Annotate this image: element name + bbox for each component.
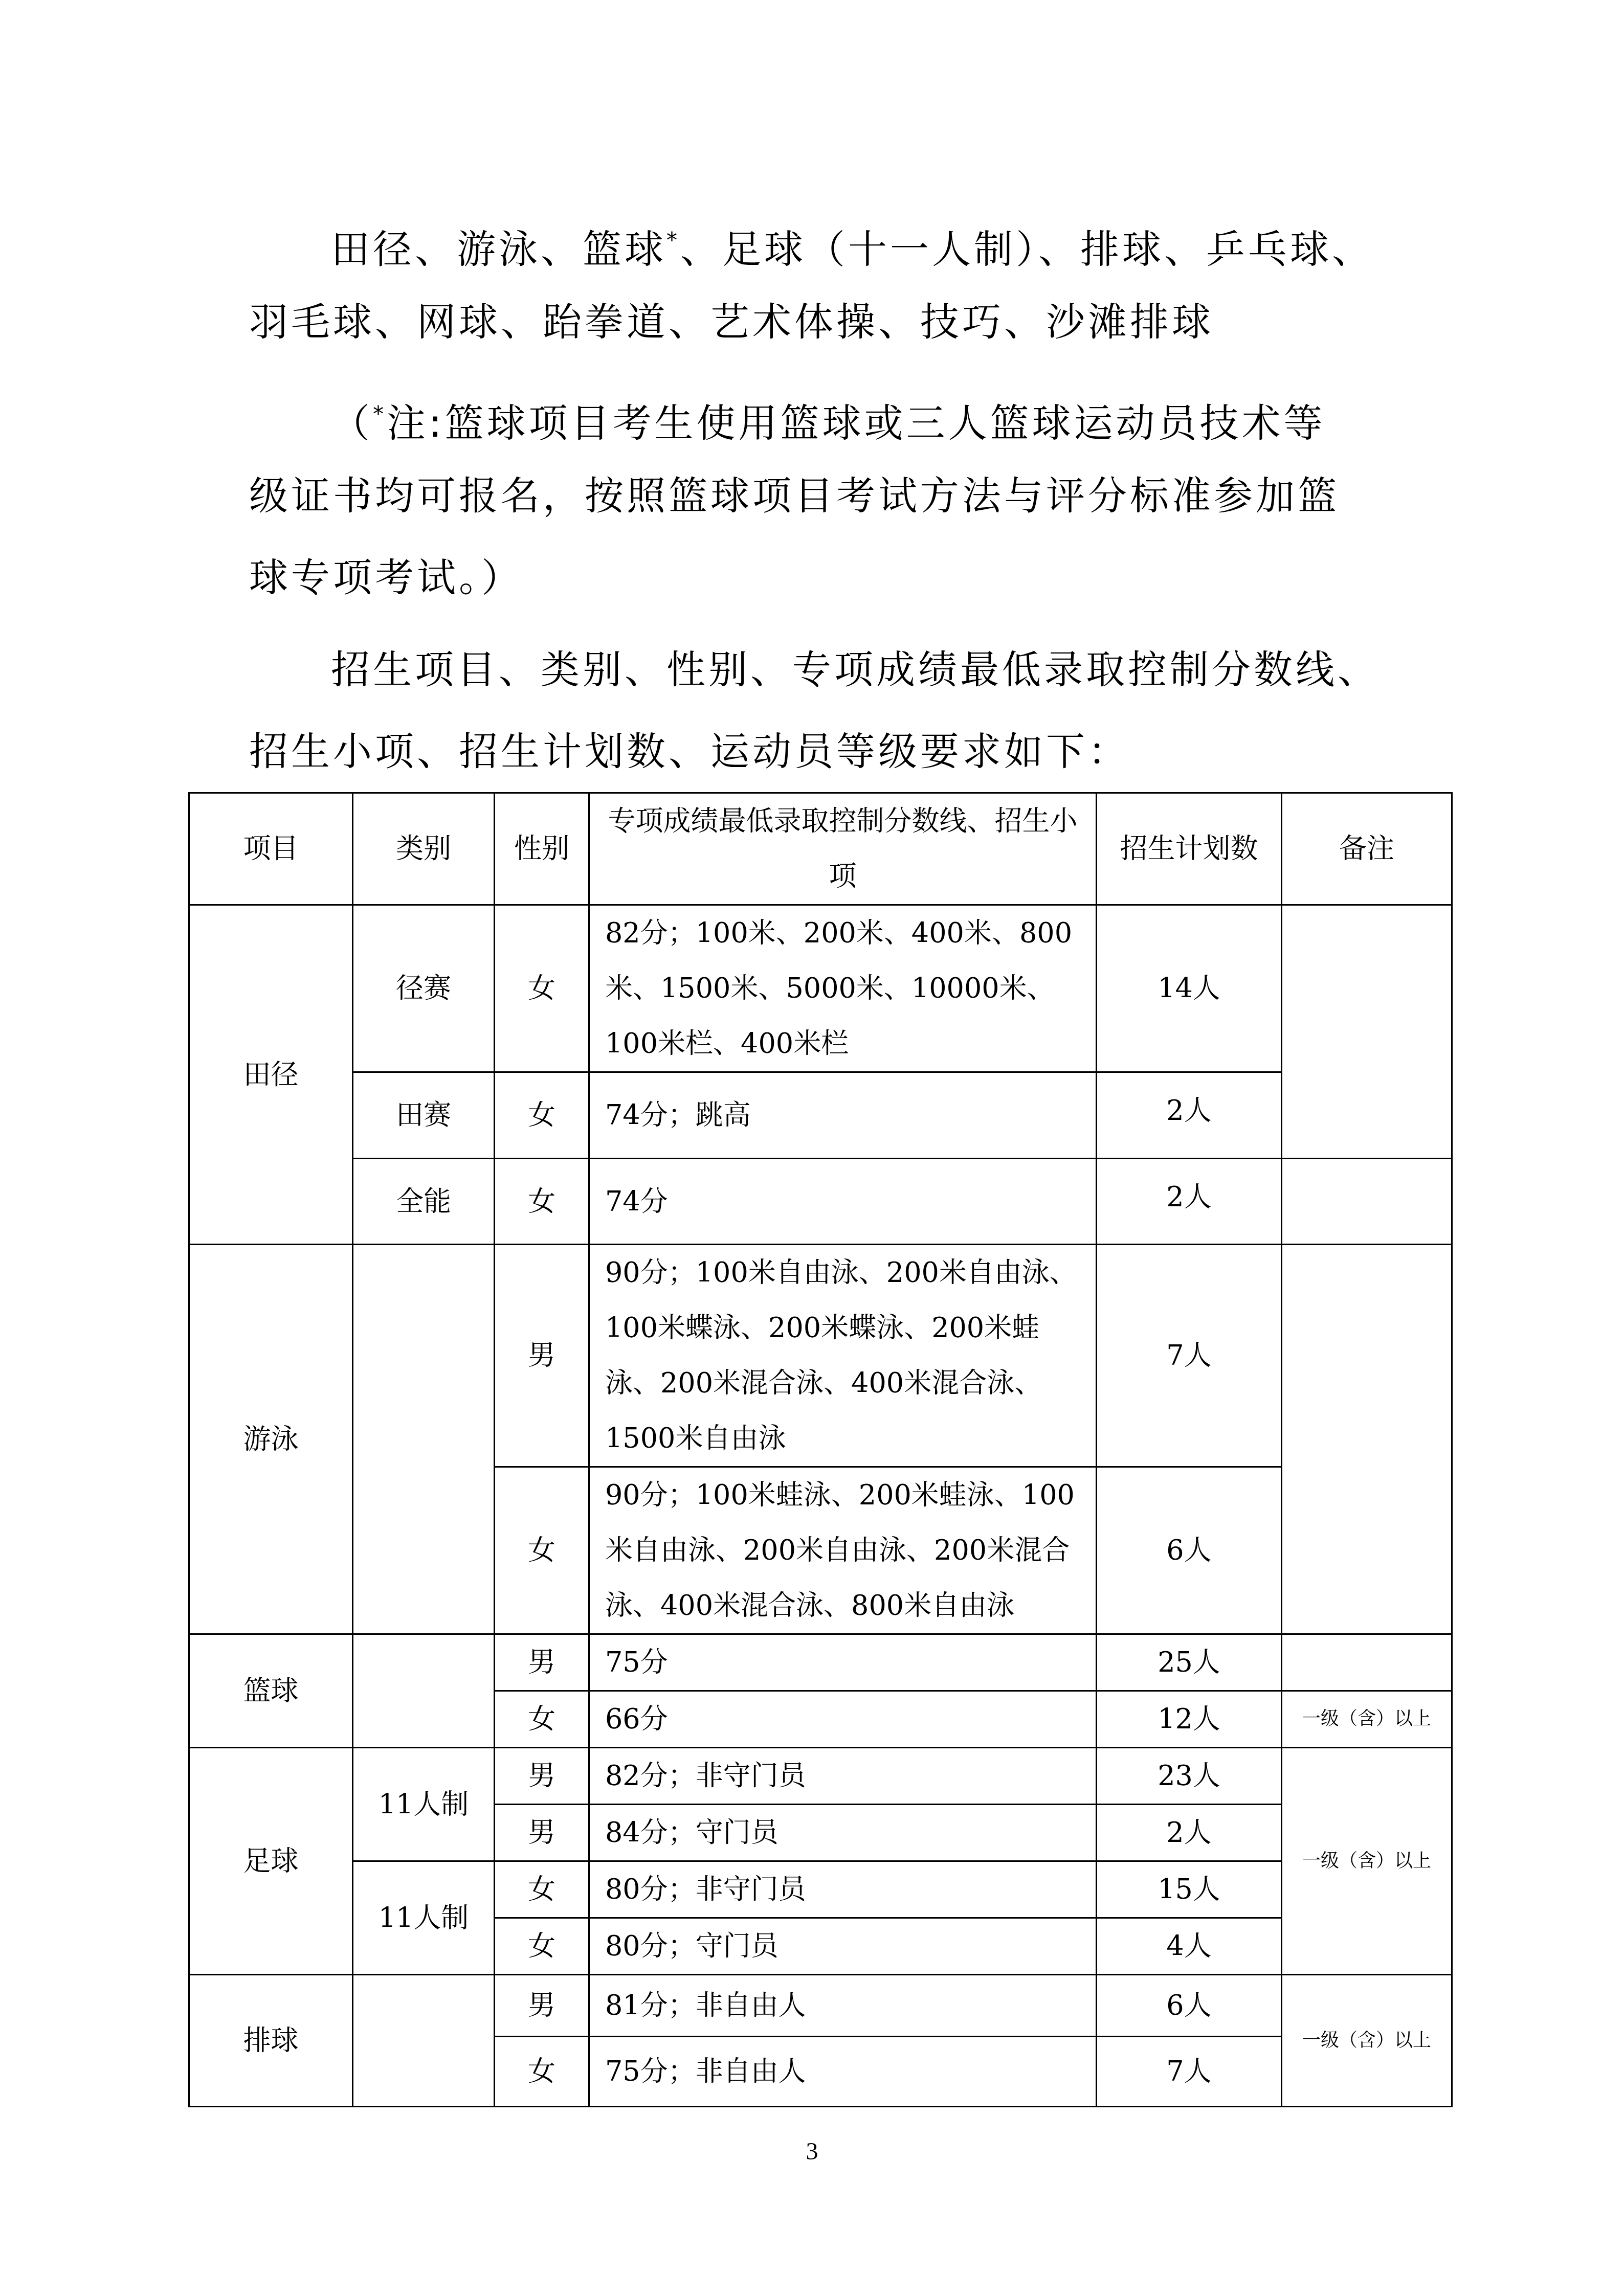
project-swimming: 游泳 bbox=[189, 1245, 353, 1634]
detail-cell: 81分；非自由人 bbox=[589, 1975, 1097, 2037]
header-remark: 备注 bbox=[1282, 793, 1452, 905]
category-cell bbox=[353, 1634, 495, 1748]
header-gender: 性别 bbox=[495, 793, 589, 905]
basketball-note-line-1: （*注:篮球项目考生使用篮球或三人篮球运动员技术等 bbox=[249, 373, 1387, 464]
detail-cell: 75分；非自由人 bbox=[589, 2037, 1097, 2107]
header-detail: 专项成绩最低录取控制分数线、招生小项 bbox=[589, 793, 1097, 905]
detail-cell: 82分；100米、200米、400米、800米、1500米、5000米、1000… bbox=[589, 905, 1097, 1072]
sports-list-line-2: 羽毛球、网球、跆拳道、艺术体操、技巧、沙滩排球 bbox=[249, 281, 1387, 363]
gender-cell: 男 bbox=[495, 1748, 589, 1805]
detail-cell: 66分 bbox=[589, 1691, 1097, 1748]
detail-cell: 74分；跳高 bbox=[589, 1072, 1097, 1159]
gender-cell: 女 bbox=[495, 2037, 589, 2107]
detail-cell: 90分；100米自由泳、200米自由泳、100米蝶泳、200米蝶泳、200米蛙泳… bbox=[589, 1245, 1097, 1467]
gender-cell: 男 bbox=[495, 1975, 589, 2037]
gender-cell: 女 bbox=[495, 1467, 589, 1634]
detail-cell: 84分；守门员 bbox=[589, 1805, 1097, 1861]
sports-list-text: 田径、游泳、篮球 bbox=[331, 227, 666, 272]
category-cell: 11人制 bbox=[353, 1861, 495, 1975]
gender-cell: 女 bbox=[495, 1072, 589, 1159]
admissions-table: 项目 类别 性别 专项成绩最低录取控制分数线、招生小项 招生计划数 备注 田径 … bbox=[188, 792, 1453, 2107]
quota-cell: 7人 bbox=[1097, 2037, 1282, 2107]
gender-cell: 女 bbox=[495, 1918, 589, 1975]
table-row: 全能 女 74分 2人 bbox=[189, 1159, 1452, 1245]
table-row: 田径 径赛 女 82分；100米、200米、400米、800米、1500米、50… bbox=[189, 905, 1452, 1072]
quota-cell: 15人 bbox=[1097, 1861, 1282, 1918]
gender-cell: 女 bbox=[495, 1691, 589, 1748]
project-volleyball: 排球 bbox=[189, 1975, 353, 2107]
header-quota: 招生计划数 bbox=[1097, 793, 1282, 905]
detail-cell: 90分；100米蛙泳、200米蛙泳、100米自由泳、200米自由泳、200米混合… bbox=[589, 1467, 1097, 1634]
remark-cell: 一级（含）以上 bbox=[1282, 1975, 1452, 2107]
gender-cell: 男 bbox=[495, 1805, 589, 1861]
footnote-mark: * bbox=[373, 401, 387, 426]
quota-cell: 12人 bbox=[1097, 1691, 1282, 1748]
gender-cell: 女 bbox=[495, 1861, 589, 1918]
intro-line-2: 招生小项、招生计划数、运动员等级要求如下： bbox=[249, 711, 1387, 793]
sports-list-line-1: 田径、游泳、篮球*、足球（十一人制）、排球、乒乓球、 bbox=[249, 199, 1387, 290]
basketball-note-line-2: 级证书均可报名，按照篮球项目考试方法与评分标准参加篮 bbox=[249, 455, 1387, 537]
remark-cell: 一级（含）以上 bbox=[1282, 1748, 1452, 1975]
table-row: 足球 11人制 男 82分；非守门员 23人 一级（含）以上 bbox=[189, 1748, 1452, 1805]
table-header-row: 项目 类别 性别 专项成绩最低录取控制分数线、招生小项 招生计划数 备注 bbox=[189, 793, 1452, 905]
remark-cell: 一级（含）以上 bbox=[1282, 1691, 1452, 1748]
detail-cell: 75分 bbox=[589, 1634, 1097, 1691]
category-cell bbox=[353, 1975, 495, 2107]
quota-cell: 6人 bbox=[1097, 1975, 1282, 2037]
table-row: 游泳 男 90分；100米自由泳、200米自由泳、100米蝶泳、200米蝶泳、2… bbox=[189, 1245, 1452, 1467]
sports-list-text: 、足球（十一人制）、排球、乒乓球、 bbox=[680, 227, 1374, 272]
gender-cell: 女 bbox=[495, 1159, 589, 1245]
header-category: 类别 bbox=[353, 793, 495, 905]
remark-cell bbox=[1282, 1245, 1452, 1634]
table-row: 篮球 男 75分 25人 bbox=[189, 1634, 1452, 1691]
table-row: 排球 男 81分；非自由人 6人 一级（含）以上 bbox=[189, 1975, 1452, 2037]
remark-cell bbox=[1282, 1159, 1452, 1245]
quota-cell: 7人 bbox=[1097, 1245, 1282, 1467]
quota-cell: 6人 bbox=[1097, 1467, 1282, 1634]
project-football: 足球 bbox=[189, 1748, 353, 1975]
category-cell: 田赛 bbox=[353, 1072, 495, 1159]
quota-cell: 4人 bbox=[1097, 1918, 1282, 1975]
intro-line-1: 招生项目、类别、性别、专项成绩最低录取控制分数线、 bbox=[249, 629, 1387, 711]
quota-cell: 2人 bbox=[1097, 1805, 1282, 1861]
remark-cell bbox=[1282, 1634, 1452, 1691]
footnote-mark: * bbox=[666, 228, 680, 253]
detail-cell: 82分；非守门员 bbox=[589, 1748, 1097, 1805]
gender-cell: 男 bbox=[495, 1245, 589, 1467]
header-project: 项目 bbox=[189, 793, 353, 905]
basketball-note-line-3: 球专项考试。） bbox=[249, 537, 1387, 619]
category-cell: 11人制 bbox=[353, 1748, 495, 1861]
quota-cell: 25人 bbox=[1097, 1634, 1282, 1691]
category-cell: 全能 bbox=[353, 1159, 495, 1245]
detail-cell: 80分；守门员 bbox=[589, 1918, 1097, 1975]
detail-cell: 74分 bbox=[589, 1159, 1097, 1245]
project-basketball: 篮球 bbox=[189, 1634, 353, 1748]
project-athletics: 田径 bbox=[189, 905, 353, 1245]
page-number: 3 bbox=[0, 2137, 1624, 2166]
note-paren: （ bbox=[331, 400, 373, 446]
note-text: 注:篮球项目考生使用篮球或三人篮球运动员技术等 bbox=[387, 400, 1326, 446]
category-cell bbox=[353, 1245, 495, 1634]
gender-cell: 男 bbox=[495, 1634, 589, 1691]
quota-cell: 14人 bbox=[1097, 905, 1282, 1072]
category-cell: 径赛 bbox=[353, 905, 495, 1072]
remark-cell bbox=[1282, 905, 1452, 1159]
table-row: 田赛 女 74分；跳高 2人 bbox=[189, 1072, 1452, 1159]
quota-cell: 23人 bbox=[1097, 1748, 1282, 1805]
gender-cell: 女 bbox=[495, 905, 589, 1072]
table-row: 11人制 女 80分；非守门员 15人 bbox=[189, 1861, 1452, 1918]
quota-cell: 2人 bbox=[1097, 1072, 1282, 1159]
detail-cell: 80分；非守门员 bbox=[589, 1861, 1097, 1918]
quota-cell: 2人 bbox=[1097, 1159, 1282, 1245]
